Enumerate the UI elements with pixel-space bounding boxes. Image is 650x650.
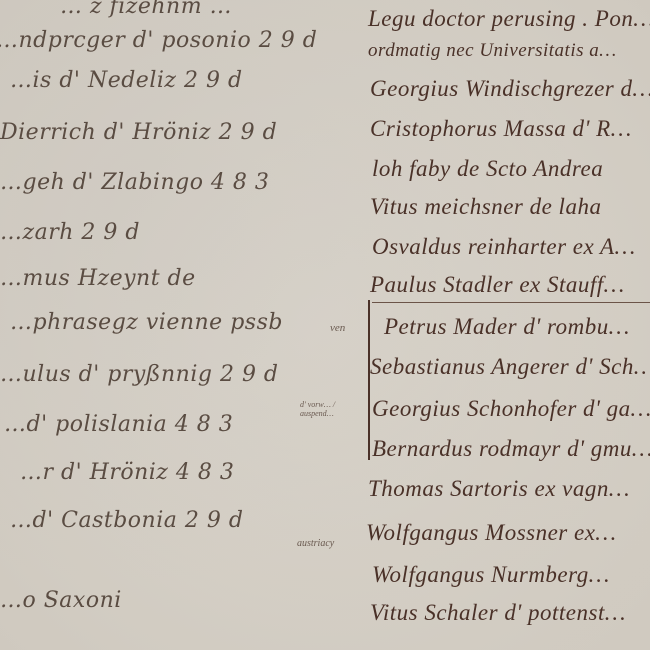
left-line: Dierrich d' Hröniz 2 9 d (0, 120, 277, 145)
left-line: …is d' Nedeliz 2 9 d (10, 68, 243, 93)
right-line: Petrus Mader d' rombu… (384, 314, 630, 340)
left-line: …o Saxoni (0, 588, 122, 613)
left-line: …geh d' Zlabingo 4 8 3 (0, 170, 269, 195)
right-line: Thomas Sartoris ex vagn… (368, 476, 630, 502)
right-line: Wolfgangus Nurmberg… (372, 562, 610, 588)
left-line: …mus Hzeynt de (0, 266, 196, 291)
left-line: …r d' Hröniz 4 8 3 (20, 460, 234, 485)
right-line: Sebastianus Angerer d' Sch… (370, 354, 650, 380)
right-line: ordmatig nec Universitatis a… (368, 40, 617, 62)
right-line: Vitus Schaler d' pottenst… (370, 600, 626, 626)
margin-note: ven (330, 322, 345, 334)
left-line: …d' polislania 4 8 3 (4, 412, 233, 437)
margin-note: austriacy (297, 538, 334, 549)
right-line: Osvaldus reinharter ex A… (372, 234, 636, 260)
right-line: Georgius Schonhofer d' ga… (372, 396, 650, 422)
left-line: …ndprcger d' posonio 2 9 d (0, 28, 317, 53)
right-line: Cristophorus Massa d' R… (370, 116, 632, 142)
right-line: Vitus meichsner de laha (370, 194, 601, 220)
underline-rule (372, 302, 650, 303)
right-line: Bernardus rodmayr d' gmu… (372, 436, 650, 462)
left-line: …zarh 2 9 d (0, 220, 140, 245)
right-line: loh faby de Scto Andrea (372, 156, 603, 182)
left-line: …d' Castbonia 2 9 d (10, 508, 243, 533)
right-line: Legu doctor perusing . Pon… (368, 6, 650, 32)
left-line: …phrasegz vienne pssb (10, 310, 283, 335)
right-line: Paulus Stadler ex Stauff… (370, 272, 625, 298)
manuscript-page: … z fizehnm … …ndprcger d' posonio 2 9 d… (0, 0, 650, 650)
right-line: Wolfgangus Mossner ex… (366, 520, 616, 546)
margin-bracket (368, 300, 370, 460)
left-line: …ulus d' pryßnnig 2 9 d (0, 362, 279, 387)
right-line: Georgius Windischgrezer d… (370, 76, 650, 102)
margin-note: d' vorw… / auspend… (300, 400, 370, 418)
left-line: … z fizehnm … (60, 0, 232, 19)
